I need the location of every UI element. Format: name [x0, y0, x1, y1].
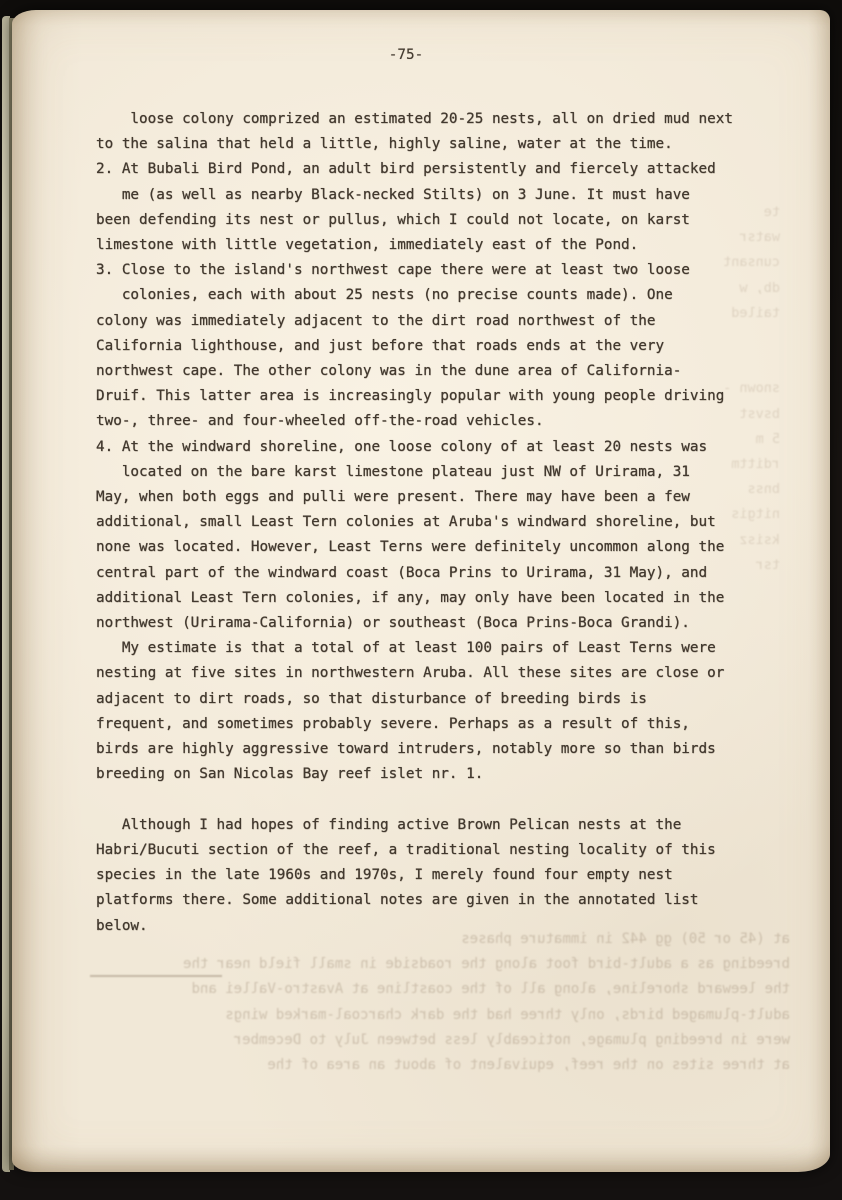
bleed-through-underline	[90, 975, 222, 977]
typewritten-body-text: loose colony comprized an estimated 20-2…	[96, 107, 733, 939]
bleed-through-text-bottom: at (45 or 50) gg 442 in immature phases …	[90, 927, 790, 1078]
bleed-through-text-right-margin: te watsr cunsant db, w tailed snown - bs…	[688, 200, 780, 578]
scanned-book-spread: -75- loose colony comprized an estimated…	[0, 0, 842, 1200]
page-number: -75-	[96, 43, 716, 68]
book-page: -75- loose colony comprized an estimated…	[12, 10, 830, 1172]
scanner-background: { "document": { "page_number": "-75-", "…	[0, 0, 842, 1200]
